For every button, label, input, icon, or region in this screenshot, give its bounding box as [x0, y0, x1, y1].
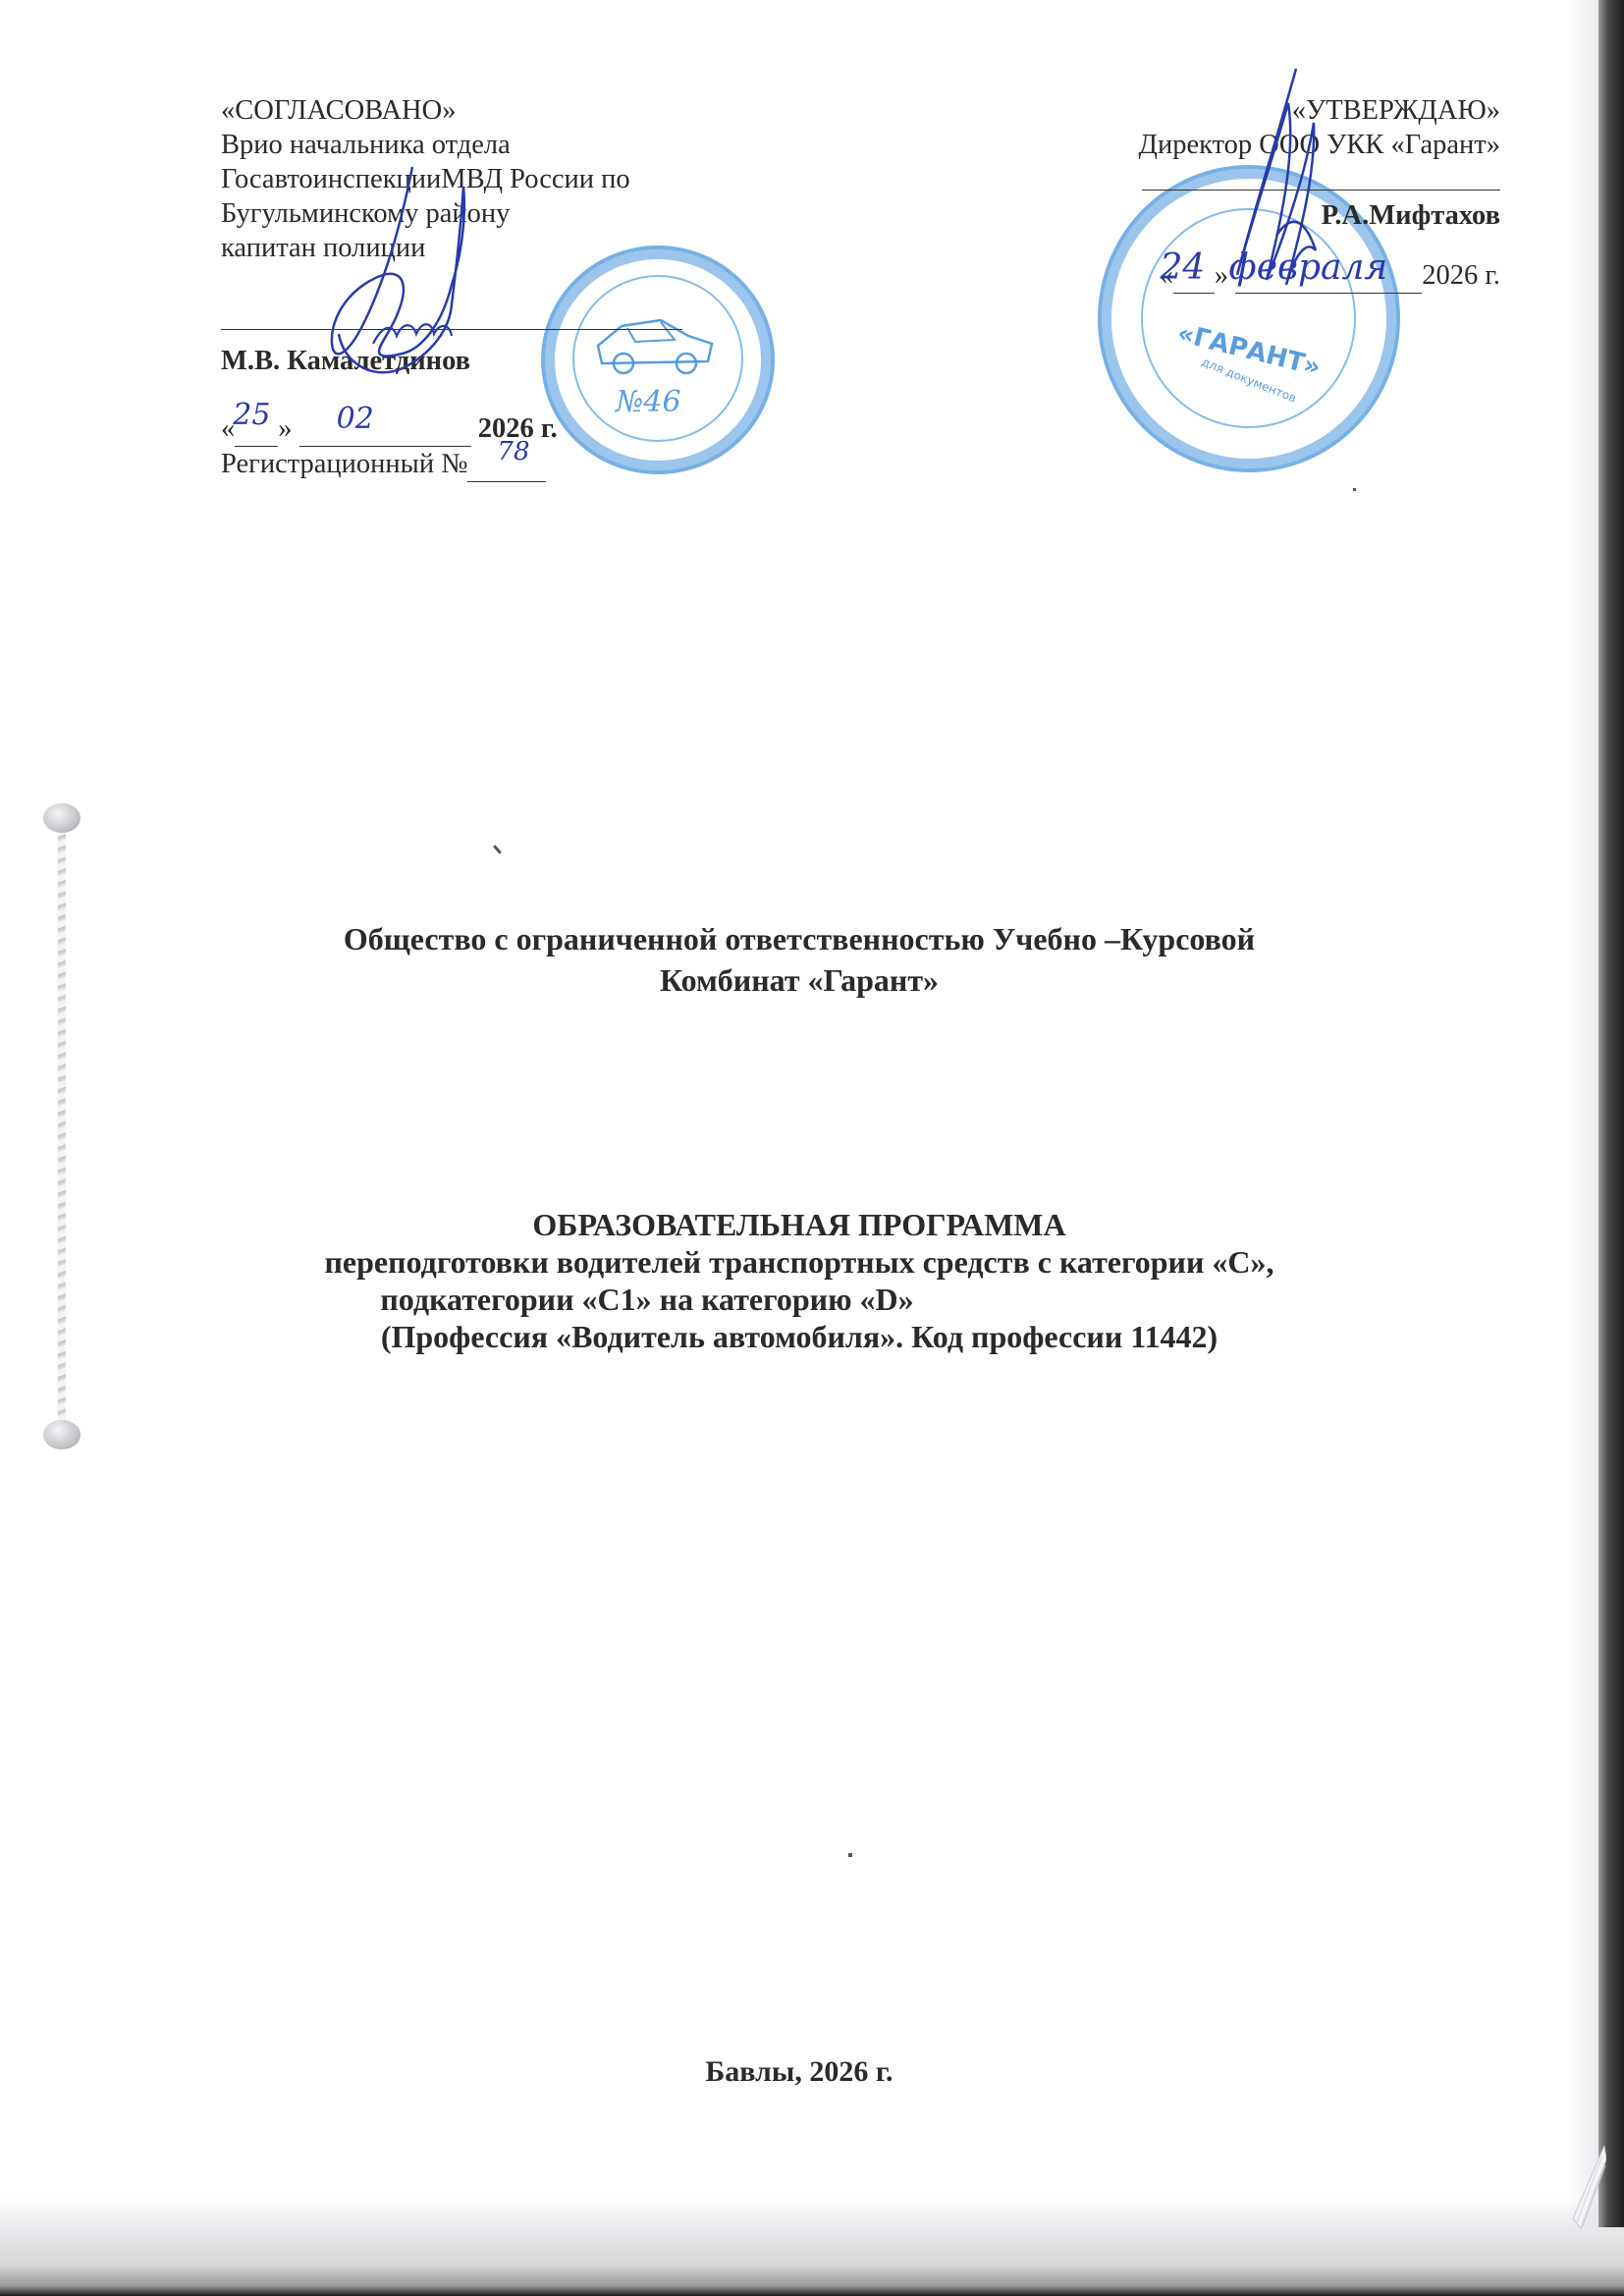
right-signature: [1198, 64, 1345, 300]
page-edge-shadow: [1569, 0, 1598, 2227]
handwritten-month: 02: [337, 402, 374, 436]
program-title-block: ОБРАЗОВАТЕЛЬНАЯ ПРОГРАММА переподготовки…: [0, 1206, 1598, 1355]
page-bottom-shadow: [0, 2198, 1598, 2227]
program-title: ОБРАЗОВАТЕЛЬНАЯ ПРОГРАММА: [0, 1206, 1598, 1243]
city-year: Бавлы, 2026 г.: [0, 2055, 1598, 2089]
program-line4: (Профессия «Водитель автомобиля». Код пр…: [0, 1318, 1598, 1355]
binding-bead-bottom: [43, 1420, 81, 1449]
scan-speck: [1353, 488, 1356, 491]
scanner-edge-bottom: [0, 2227, 1624, 2296]
agreed-heading: «СОГЛАСОВАНО»: [221, 93, 682, 128]
program-line3: подкатегории «С1» на категорию «D»: [0, 1281, 1598, 1318]
binding-bead-top: [43, 803, 81, 833]
agreed-date: «25 » 02 2026 г.: [221, 411, 682, 447]
program-line2: переподготовки водителей транспортных ср…: [0, 1243, 1598, 1281]
page-corner-fold: [1567, 2146, 1606, 2230]
organization-name: Общество с ограниченной ответственностью…: [0, 918, 1598, 1001]
left-signature: [295, 157, 491, 403]
scan-speck: [848, 1853, 852, 1857]
organization-line1: Общество с ограниченной ответственностью…: [0, 918, 1598, 959]
handwritten-day: 25: [233, 398, 270, 432]
handwritten-reg-number: 78: [497, 435, 529, 469]
organization-line2: Комбинат «Гарант»: [0, 959, 1598, 1001]
scanner-edge-right: [1598, 0, 1624, 2296]
registration-number: Регистрационный №78: [221, 447, 682, 482]
binding-string: [39, 803, 82, 1463]
